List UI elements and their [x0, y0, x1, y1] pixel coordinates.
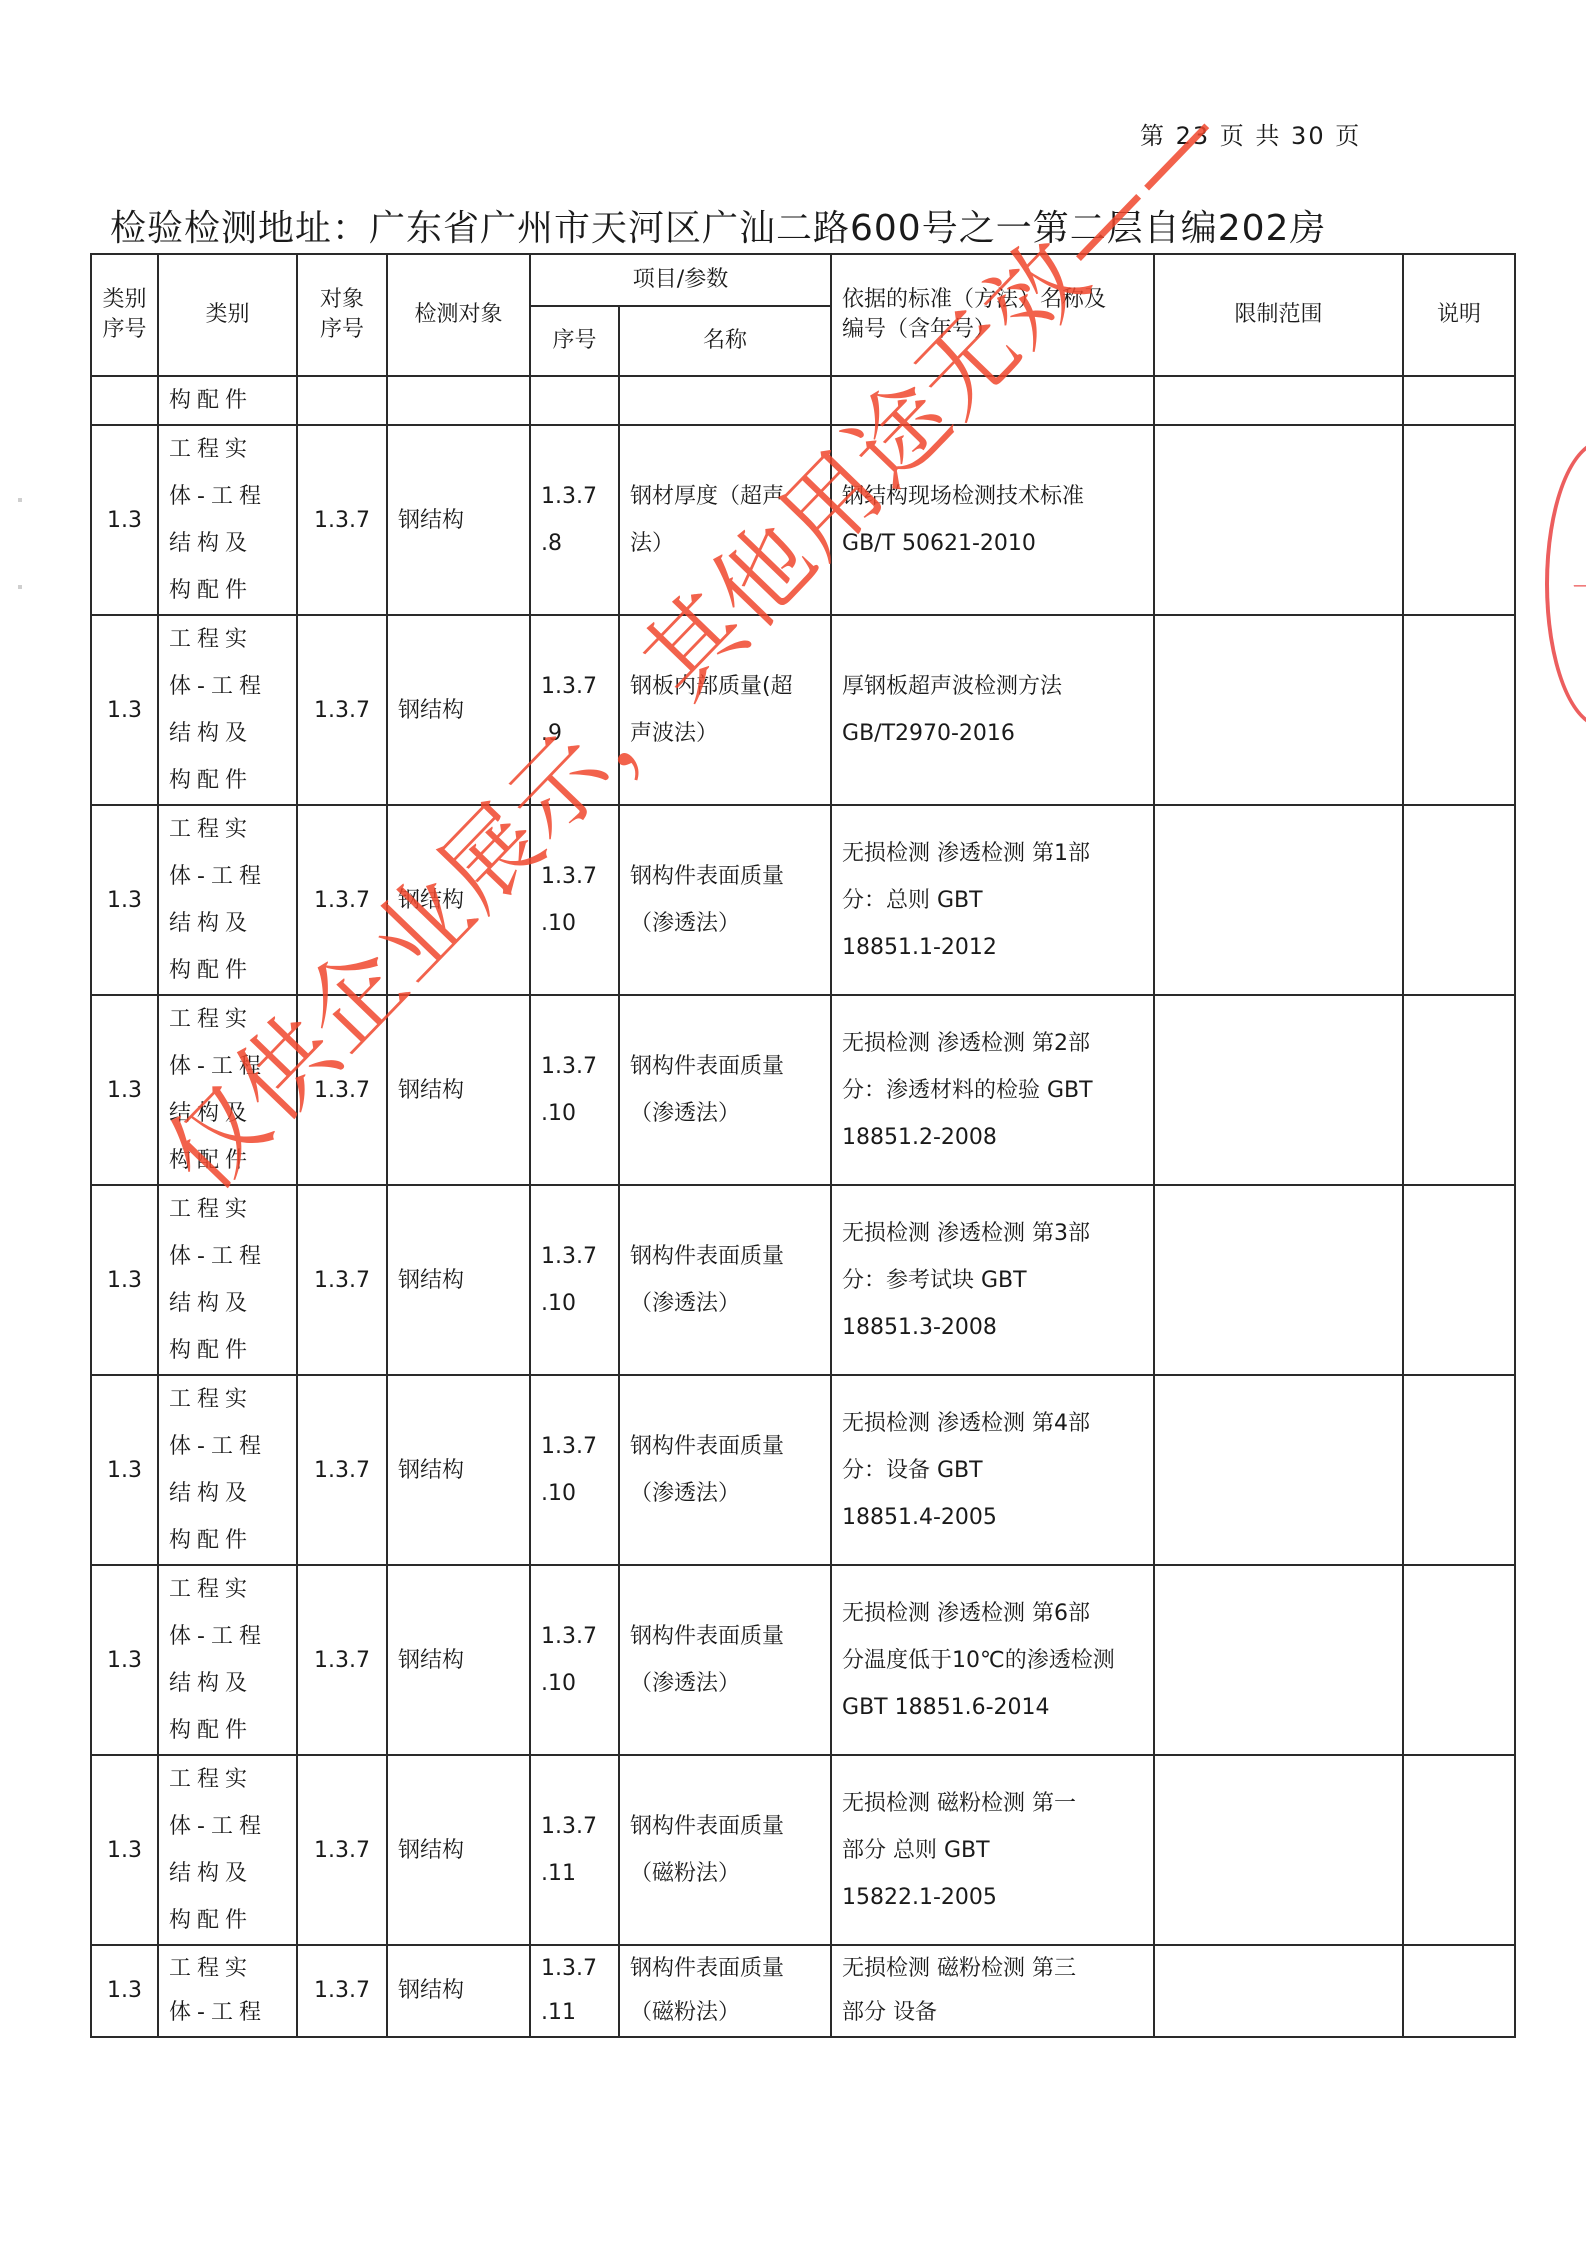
scope-table: 类别 序号 类别 对象 序号 检测对象 项目/参数 依据的标准（方法）名称及 编…: [90, 253, 1516, 2038]
cell-limit: [1154, 1375, 1403, 1565]
cell-object: 钢结构: [387, 1185, 530, 1375]
table-row: 1.3工程实 体-工程1.3.7钢结构1.3.7 .11钢构件表面质量 （磁粉法…: [91, 1945, 1515, 2037]
cell-cat-no: 1.3: [91, 805, 158, 995]
cell-category: 工程实 体-工程 结构及 构配件: [158, 1375, 297, 1565]
cell-note: [1403, 805, 1515, 995]
cell-standard: 无损检测 渗透检测 第2部 分：渗透材料的检验 GBT 18851.2-2008: [831, 995, 1154, 1185]
cell-standard: 无损检测 磁粉检测 第三 部分 设备: [831, 1945, 1154, 2037]
cell-item-name: [619, 376, 831, 425]
table-row: 1.3工程实 体-工程 结构及 构配件1.3.7钢结构1.3.7 .8钢材厚度（…: [91, 425, 1515, 615]
cell-obj-no: [297, 376, 387, 425]
header-item-group: 项目/参数: [530, 254, 831, 306]
cell-cat-no: 1.3: [91, 615, 158, 805]
scan-speck: [18, 498, 22, 502]
cell-object: 钢结构: [387, 1565, 530, 1755]
table-row: 1.3工程实 体-工程 结构及 构配件1.3.7钢结构1.3.7 .10钢构件表…: [91, 1185, 1515, 1375]
header-cat-no: 类别 序号: [91, 254, 158, 376]
cell-note: [1403, 615, 1515, 805]
cell-object: 钢结构: [387, 1945, 530, 2037]
cell-note: [1403, 1945, 1515, 2037]
cell-obj-no: 1.3.7: [297, 425, 387, 615]
cell-limit: [1154, 425, 1403, 615]
cell-note: [1403, 425, 1515, 615]
cell-obj-no: 1.3.7: [297, 805, 387, 995]
cell-standard: 无损检测 渗透检测 第3部 分：参考试块 GBT 18851.3-2008: [831, 1185, 1154, 1375]
cell-note: [1403, 376, 1515, 425]
cell-standard: 无损检测 磁粉检测 第一 部分 总则 GBT 15822.1-2005: [831, 1755, 1154, 1945]
cell-item-name: 钢构件表面质量 （渗透法）: [619, 995, 831, 1185]
cell-category: 工程实 体-工程 结构及 构配件: [158, 995, 297, 1185]
cell-item-no: 1.3.7 .10: [530, 1375, 619, 1565]
header-obj-no: 对象 序号: [297, 254, 387, 376]
cell-limit: [1154, 995, 1403, 1185]
cell-standard: [831, 376, 1154, 425]
header-note: 说明: [1403, 254, 1515, 376]
cell-cat-no: 1.3: [91, 425, 158, 615]
table-row: 1.3工程实 体-工程 结构及 构配件1.3.7钢结构1.3.7 .10钢构件表…: [91, 805, 1515, 995]
cell-item-no: 1.3.7 .9: [530, 615, 619, 805]
cell-limit: [1154, 615, 1403, 805]
cell-item-name: 钢构件表面质量 （渗透法）: [619, 1185, 831, 1375]
table-row: 构配件: [91, 376, 1515, 425]
cell-object: 钢结构: [387, 1755, 530, 1945]
cell-limit: [1154, 805, 1403, 995]
header-standard: 依据的标准（方法）名称及 编号（含年号）: [831, 254, 1154, 376]
cell-item-no: 1.3.7 .10: [530, 1185, 619, 1375]
cell-item-name: 钢板内部质量(超 声波法）: [619, 615, 831, 805]
cell-standard: 无损检测 渗透检测 第6部 分温度低于10℃的渗透检测 GBT 18851.6-…: [831, 1565, 1154, 1755]
cell-note: [1403, 1565, 1515, 1755]
cell-limit: [1154, 1755, 1403, 1945]
cell-obj-no: 1.3.7: [297, 1565, 387, 1755]
cell-cat-no: [91, 376, 158, 425]
cell-object: 钢结构: [387, 425, 530, 615]
scan-speck: [18, 585, 22, 589]
cell-item-no: 1.3.7 .8: [530, 425, 619, 615]
table-row: 1.3工程实 体-工程 结构及 构配件1.3.7钢结构1.3.7 .10钢构件表…: [91, 995, 1515, 1185]
cell-item-name: 钢构件表面质量 （磁粉法）: [619, 1755, 831, 1945]
cell-item-name: 钢构件表面质量 （渗透法）: [619, 1375, 831, 1565]
cell-cat-no: 1.3: [91, 1185, 158, 1375]
cell-category: 工程实 体-工程 结构及 构配件: [158, 425, 297, 615]
cell-category: 工程实 体-工程 结构及 构配件: [158, 1185, 297, 1375]
cell-item-name: 钢构件表面质量 （磁粉法）: [619, 1945, 831, 2037]
cell-item-name: 钢材厚度（超声 法）: [619, 425, 831, 615]
cell-note: [1403, 1375, 1515, 1565]
cell-item-no: 1.3.7 .10: [530, 805, 619, 995]
cell-object: [387, 376, 530, 425]
cell-item-name: 钢构件表面质量 （渗透法）: [619, 1565, 831, 1755]
cell-category: 构配件: [158, 376, 297, 425]
cell-cat-no: 1.3: [91, 1375, 158, 1565]
header-object: 检测对象: [387, 254, 530, 376]
cell-item-name: 钢构件表面质量 （渗透法）: [619, 805, 831, 995]
cell-item-no: 1.3.7 .10: [530, 995, 619, 1185]
cell-limit: [1154, 1565, 1403, 1755]
stamp-glyph: 上: [1572, 540, 1586, 597]
cell-limit: [1154, 1945, 1403, 2037]
cell-category: 工程实 体-工程: [158, 1945, 297, 2037]
cell-category: 工程实 体-工程 结构及 构配件: [158, 615, 297, 805]
header-limit: 限制范围: [1154, 254, 1403, 376]
cell-limit: [1154, 376, 1403, 425]
cell-category: 工程实 体-工程 结构及 构配件: [158, 805, 297, 995]
cell-obj-no: 1.3.7: [297, 1185, 387, 1375]
cell-obj-no: 1.3.7: [297, 1945, 387, 2037]
cell-item-no: 1.3.7 .11: [530, 1755, 619, 1945]
cell-obj-no: 1.3.7: [297, 1755, 387, 1945]
cell-cat-no: 1.3: [91, 995, 158, 1185]
cell-object: 钢结构: [387, 1375, 530, 1565]
table-row: 1.3工程实 体-工程 结构及 构配件1.3.7钢结构1.3.7 .11钢构件表…: [91, 1755, 1515, 1945]
header-item-no: 序号: [530, 306, 619, 376]
table-row: 1.3工程实 体-工程 结构及 构配件1.3.7钢结构1.3.7 .10钢构件表…: [91, 1375, 1515, 1565]
cell-standard: 无损检测 渗透检测 第1部 分：总则 GBT 18851.1-2012: [831, 805, 1154, 995]
cell-object: 钢结构: [387, 995, 530, 1185]
table-row: 1.3工程实 体-工程 结构及 构配件1.3.7钢结构1.3.7 .10钢构件表…: [91, 1565, 1515, 1755]
cell-limit: [1154, 1185, 1403, 1375]
cell-cat-no: 1.3: [91, 1565, 158, 1755]
header-category: 类别: [158, 254, 297, 376]
cell-item-no: [530, 376, 619, 425]
cell-note: [1403, 1755, 1515, 1945]
cell-obj-no: 1.3.7: [297, 995, 387, 1185]
cell-note: [1403, 995, 1515, 1185]
cell-category: 工程实 体-工程 结构及 构配件: [158, 1565, 297, 1755]
cell-object: 钢结构: [387, 615, 530, 805]
cell-cat-no: 1.3: [91, 1755, 158, 1945]
page-indicator: 第 23 页 共 30 页: [1140, 116, 1361, 151]
cell-standard: 钢结构现场检测技术标准 GB/T 50621-2010: [831, 425, 1154, 615]
cell-standard: 无损检测 渗透检测 第4部 分：设备 GBT 18851.4-2005: [831, 1375, 1154, 1565]
cell-item-no: 1.3.7 .11: [530, 1945, 619, 2037]
cell-cat-no: 1.3: [91, 1945, 158, 2037]
cell-category: 工程实 体-工程 结构及 构配件: [158, 1755, 297, 1945]
cell-obj-no: 1.3.7: [297, 1375, 387, 1565]
table-row: 1.3工程实 体-工程 结构及 构配件1.3.7钢结构1.3.7 .9钢板内部质…: [91, 615, 1515, 805]
cell-note: [1403, 1185, 1515, 1375]
cell-item-no: 1.3.7 .10: [530, 1565, 619, 1755]
header-item-name: 名称: [619, 306, 831, 376]
cell-standard: 厚钢板超声波检测方法 GB/T2970-2016: [831, 615, 1154, 805]
cell-object: 钢结构: [387, 805, 530, 995]
testing-address: 检验检测地址：广东省广州市天河区广汕二路600号之一第二层自编202房: [110, 200, 1326, 251]
cell-obj-no: 1.3.7: [297, 615, 387, 805]
table-body: 构配件1.3工程实 体-工程 结构及 构配件1.3.7钢结构1.3.7 .8钢材…: [91, 376, 1515, 2037]
